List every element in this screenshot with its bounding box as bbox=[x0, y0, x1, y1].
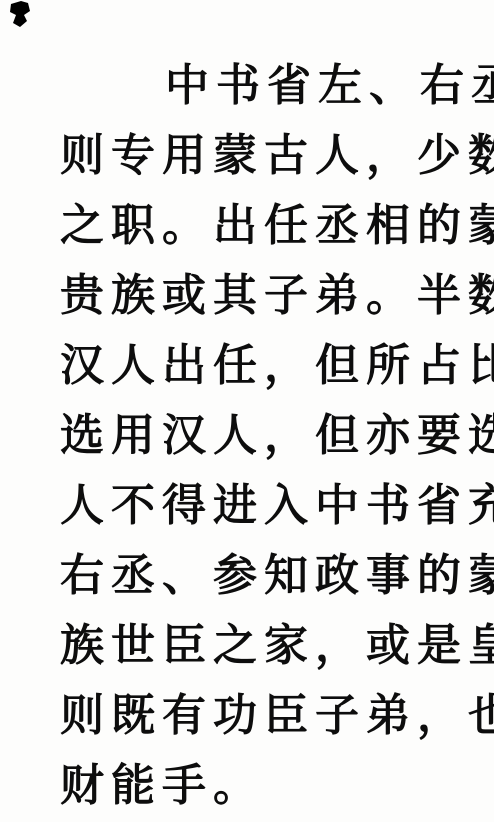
text-line: 则专用蒙古人，少数 bbox=[0, 121, 494, 191]
text-line: 则既有功臣子弟，也 bbox=[0, 681, 494, 751]
text-line: 族世臣之家，或是皇 bbox=[0, 611, 494, 681]
body-text: 中书省左、右丞 则专用蒙古人，少数 之职。出任丞相的蒙 贵族或其子弟。半数 汉人… bbox=[0, 51, 494, 821]
text-line: 右丞、参知政事的蒙 bbox=[0, 541, 494, 611]
text-line: 贵族或其子弟。半数 bbox=[0, 261, 494, 331]
text-line: 人不得进入中书省充 bbox=[0, 471, 494, 541]
text-line: 选用汉人，但亦要选 bbox=[0, 401, 494, 471]
text-line: 汉人出任，但所占比 bbox=[0, 331, 494, 401]
text-line: 中书省左、右丞 bbox=[0, 51, 494, 121]
scan-ink-mark-icon bbox=[8, 1, 32, 28]
text-line: 财能手。 bbox=[0, 751, 494, 821]
text-line: 之职。出任丞相的蒙 bbox=[0, 191, 494, 261]
scanned-page: 中书省左、右丞 则专用蒙古人，少数 之职。出任丞相的蒙 贵族或其子弟。半数 汉人… bbox=[0, 0, 494, 822]
